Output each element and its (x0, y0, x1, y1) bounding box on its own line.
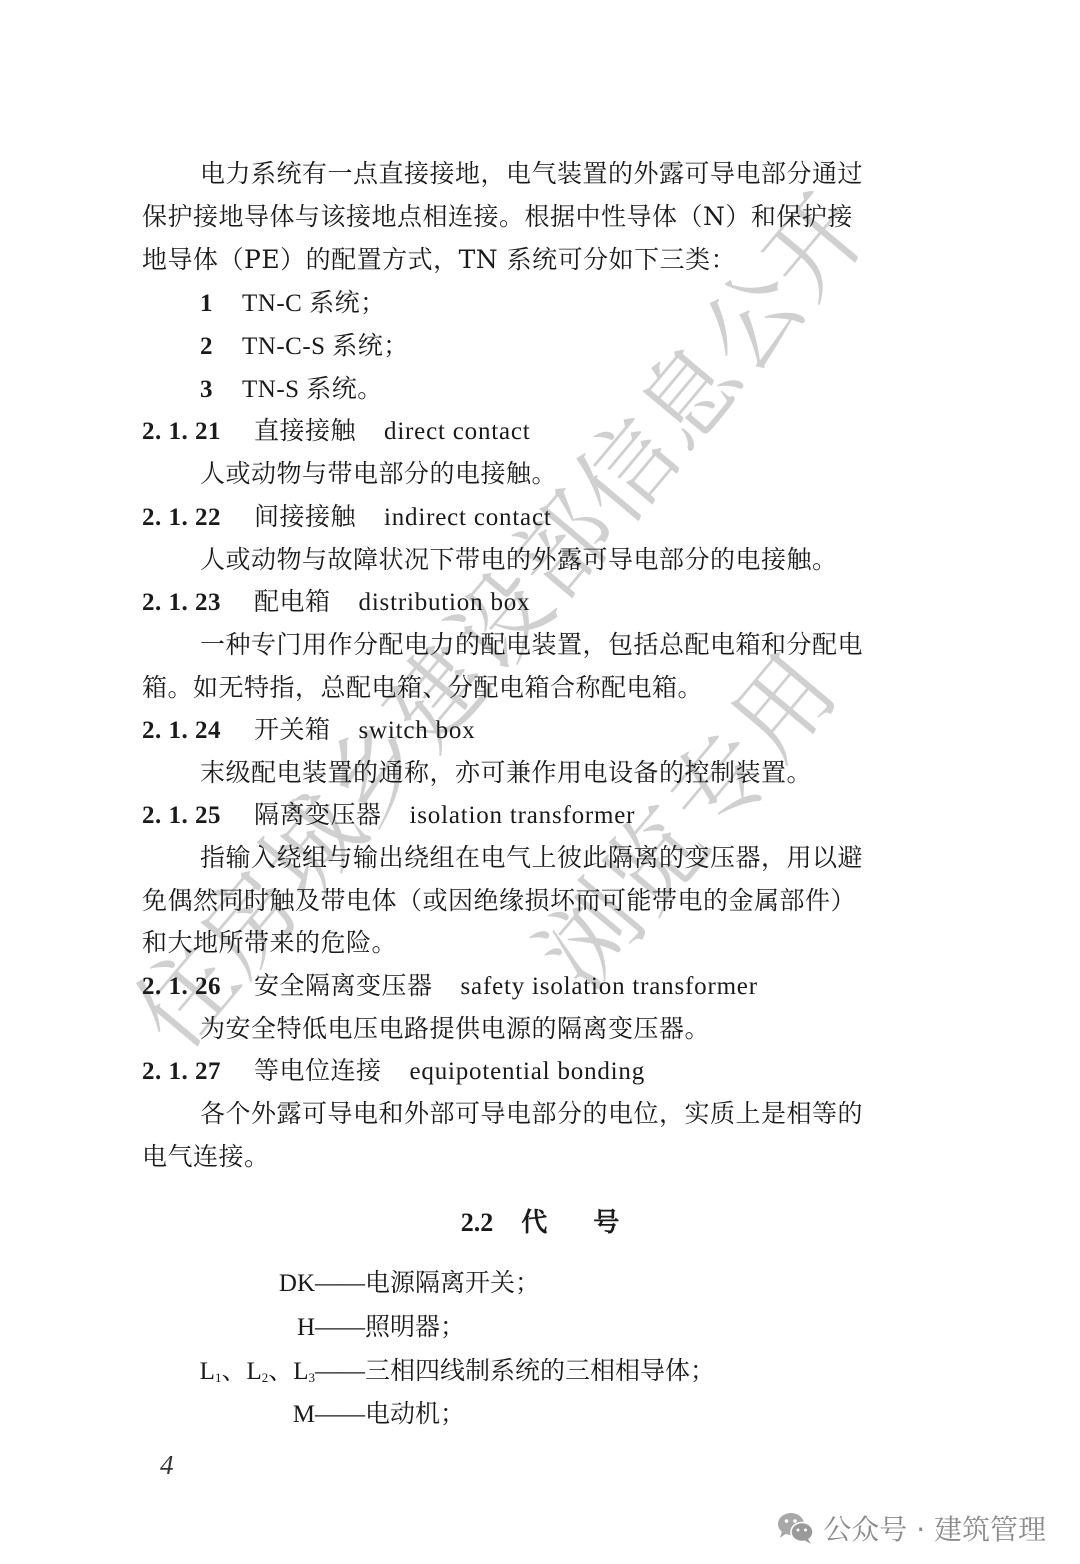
symbol-description: 三相四线制系统的三相相导体； (365, 1356, 715, 1385)
list-label: TN-S 系统。 (242, 376, 383, 403)
symbol-dash: —— (315, 1314, 365, 1341)
list-label: TN-C 系统； (242, 290, 386, 317)
clause-number: 2. 1. 24 (142, 714, 254, 748)
list-label: TN-C-S 系统； (242, 333, 409, 360)
clause-number: 2. 1. 27 (142, 1055, 254, 1089)
clause-term-en: distribution box (359, 589, 531, 616)
symbol-dash: —— (315, 1401, 365, 1428)
clause-term-cn: 间接接触 (254, 500, 356, 534)
list-number: 3 (200, 373, 242, 407)
clause-term-en: isolation transformer (410, 802, 636, 829)
clause-number: 2. 1. 23 (142, 586, 254, 620)
clause-number: 2. 1. 25 (142, 799, 254, 833)
document-page: 住房城乡建设部信息公开 浏览专用 电力系统有一点直接接地，电气装置的外露可导电部… (0, 0, 1080, 1564)
symbol-description: 电动机； (365, 1399, 465, 1428)
clause-term-en: safety isolation transformer (461, 973, 758, 1000)
intro-line-2: 保护接地导体与该接地点相连接。根据中性导体（N）和保护接 (142, 200, 853, 234)
symbol-dash: —— (315, 1270, 365, 1297)
clause-definition: 箱。如无特指，总配电箱、分配电箱合称配电箱。 (142, 671, 703, 705)
page-number: 4 (160, 1450, 174, 1481)
clause-definition: 人或动物与带电部分的电接触。 (200, 457, 557, 491)
clause-definition: 免偶然同时触及带电体（或因绝缘损坏而可能带电的金属部件） (142, 884, 856, 918)
clause-heading: 2. 1. 24开关箱switch box (142, 713, 476, 748)
clause-term-en: equipotential bonding (410, 1058, 646, 1085)
clause-definition: 末级配电装置的通称，亦可兼作用电设备的控制装置。 (200, 756, 812, 790)
symbol-description: 电源隔离开关； (365, 1268, 540, 1297)
clause-definition: 和大地所带来的危险。 (142, 926, 397, 960)
symbol-entry: DK——电源隔离开关； (165, 1266, 540, 1301)
clause-term-cn: 隔离变压器 (254, 798, 382, 832)
clause-definition: 指输入绕组与输出绕组在电气上彼此隔离的变压器，用以避 (200, 841, 863, 875)
intro-line-1: 电力系统有一点直接接地，电气装置的外露可导电部分通过 (200, 157, 863, 191)
tn-type-item: 3TN-S 系统。 (200, 372, 383, 407)
clause-term-cn: 直接接触 (254, 414, 356, 448)
clause-heading: 2. 1. 21直接接触direct contact (142, 414, 531, 449)
clause-term-cn: 等电位连接 (254, 1054, 382, 1088)
symbol-key: DK (165, 1267, 315, 1301)
clause-number: 2. 1. 22 (142, 501, 254, 535)
clause-definition: 电气连接。 (142, 1140, 270, 1174)
list-number: 1 (200, 287, 242, 321)
clause-heading: 2. 1. 27等电位连接equipotential bonding (142, 1054, 645, 1089)
clause-term-cn: 配电箱 (254, 585, 331, 619)
clause-heading: 2. 1. 23配电箱distribution box (142, 585, 530, 620)
tn-type-item: 2TN-C-S 系统； (200, 329, 409, 364)
clause-term-cn: 安全隔离变压器 (254, 969, 433, 1003)
wechat-account-name: 公众号 · 建筑管理 (823, 1508, 1046, 1548)
clause-heading: 2. 1. 26安全隔离变压器safety isolation transfor… (142, 969, 758, 1004)
symbol-description: 照明器； (365, 1312, 465, 1341)
section-heading: 2.2代号 (0, 1202, 1080, 1239)
clause-definition: 一种专门用作分配电力的配电装置，包括总配电箱和分配电 (200, 628, 863, 662)
clause-number: 2. 1. 26 (142, 970, 254, 1004)
symbol-entry: M——电动机； (165, 1397, 465, 1432)
symbol-key: M (165, 1398, 315, 1432)
tn-type-item: 1TN-C 系统； (200, 286, 386, 321)
clause-number: 2. 1. 21 (142, 415, 254, 449)
clause-term-en: direct contact (384, 418, 531, 445)
clause-term-en: indirect contact (384, 504, 552, 531)
clause-term-en: switch box (359, 717, 476, 744)
clause-heading: 2. 1. 25隔离变压器isolation transformer (142, 798, 635, 833)
symbol-entry: L1、L2、L3——三相四线制系统的三相相导体； (165, 1354, 715, 1395)
intro-line-3: 地导体（PE）的配置方式，TN 系统可分如下三类： (142, 243, 736, 277)
symbol-key: H (165, 1311, 315, 1345)
section-title-char-1: 代 (521, 1208, 547, 1238)
symbol-key: L1、L2、L3 (165, 1355, 315, 1395)
clause-term-cn: 开关箱 (254, 713, 331, 747)
wechat-icon (777, 1511, 815, 1545)
section-number: 2.2 (461, 1208, 494, 1237)
symbol-entry: H——照明器； (165, 1310, 465, 1345)
clause-definition: 人或动物与故障状况下带电的外露可导电部分的电接触。 (200, 543, 838, 577)
list-number: 2 (200, 330, 242, 364)
wechat-account-badge: 公众号 · 建筑管理 (777, 1508, 1046, 1548)
section-title-char-2: 号 (593, 1208, 619, 1238)
clause-definition: 为安全特低电压电路提供电源的隔离变压器。 (200, 1012, 710, 1046)
clause-heading: 2. 1. 22间接接触indirect contact (142, 500, 552, 535)
clause-definition: 各个外露可导电和外部可导电部分的电位，实质上是相等的 (200, 1097, 863, 1131)
symbol-dash: —— (315, 1358, 365, 1385)
